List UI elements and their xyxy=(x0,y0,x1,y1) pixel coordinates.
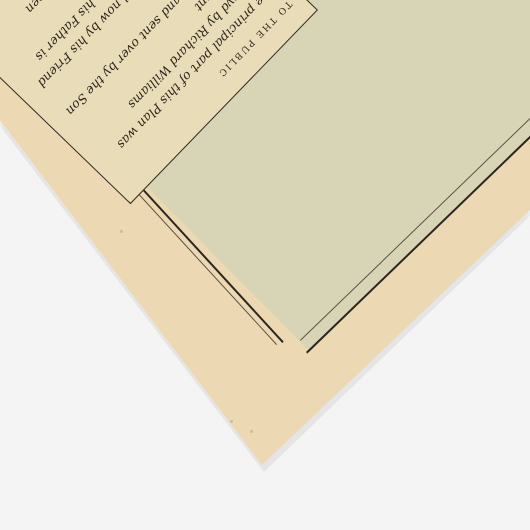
paper-spot xyxy=(230,420,233,423)
photo-scene: Way to Cambridge TO THE PUBLIC The princ… xyxy=(0,0,530,530)
paper-spot xyxy=(250,430,253,433)
paper-spot xyxy=(120,230,123,233)
